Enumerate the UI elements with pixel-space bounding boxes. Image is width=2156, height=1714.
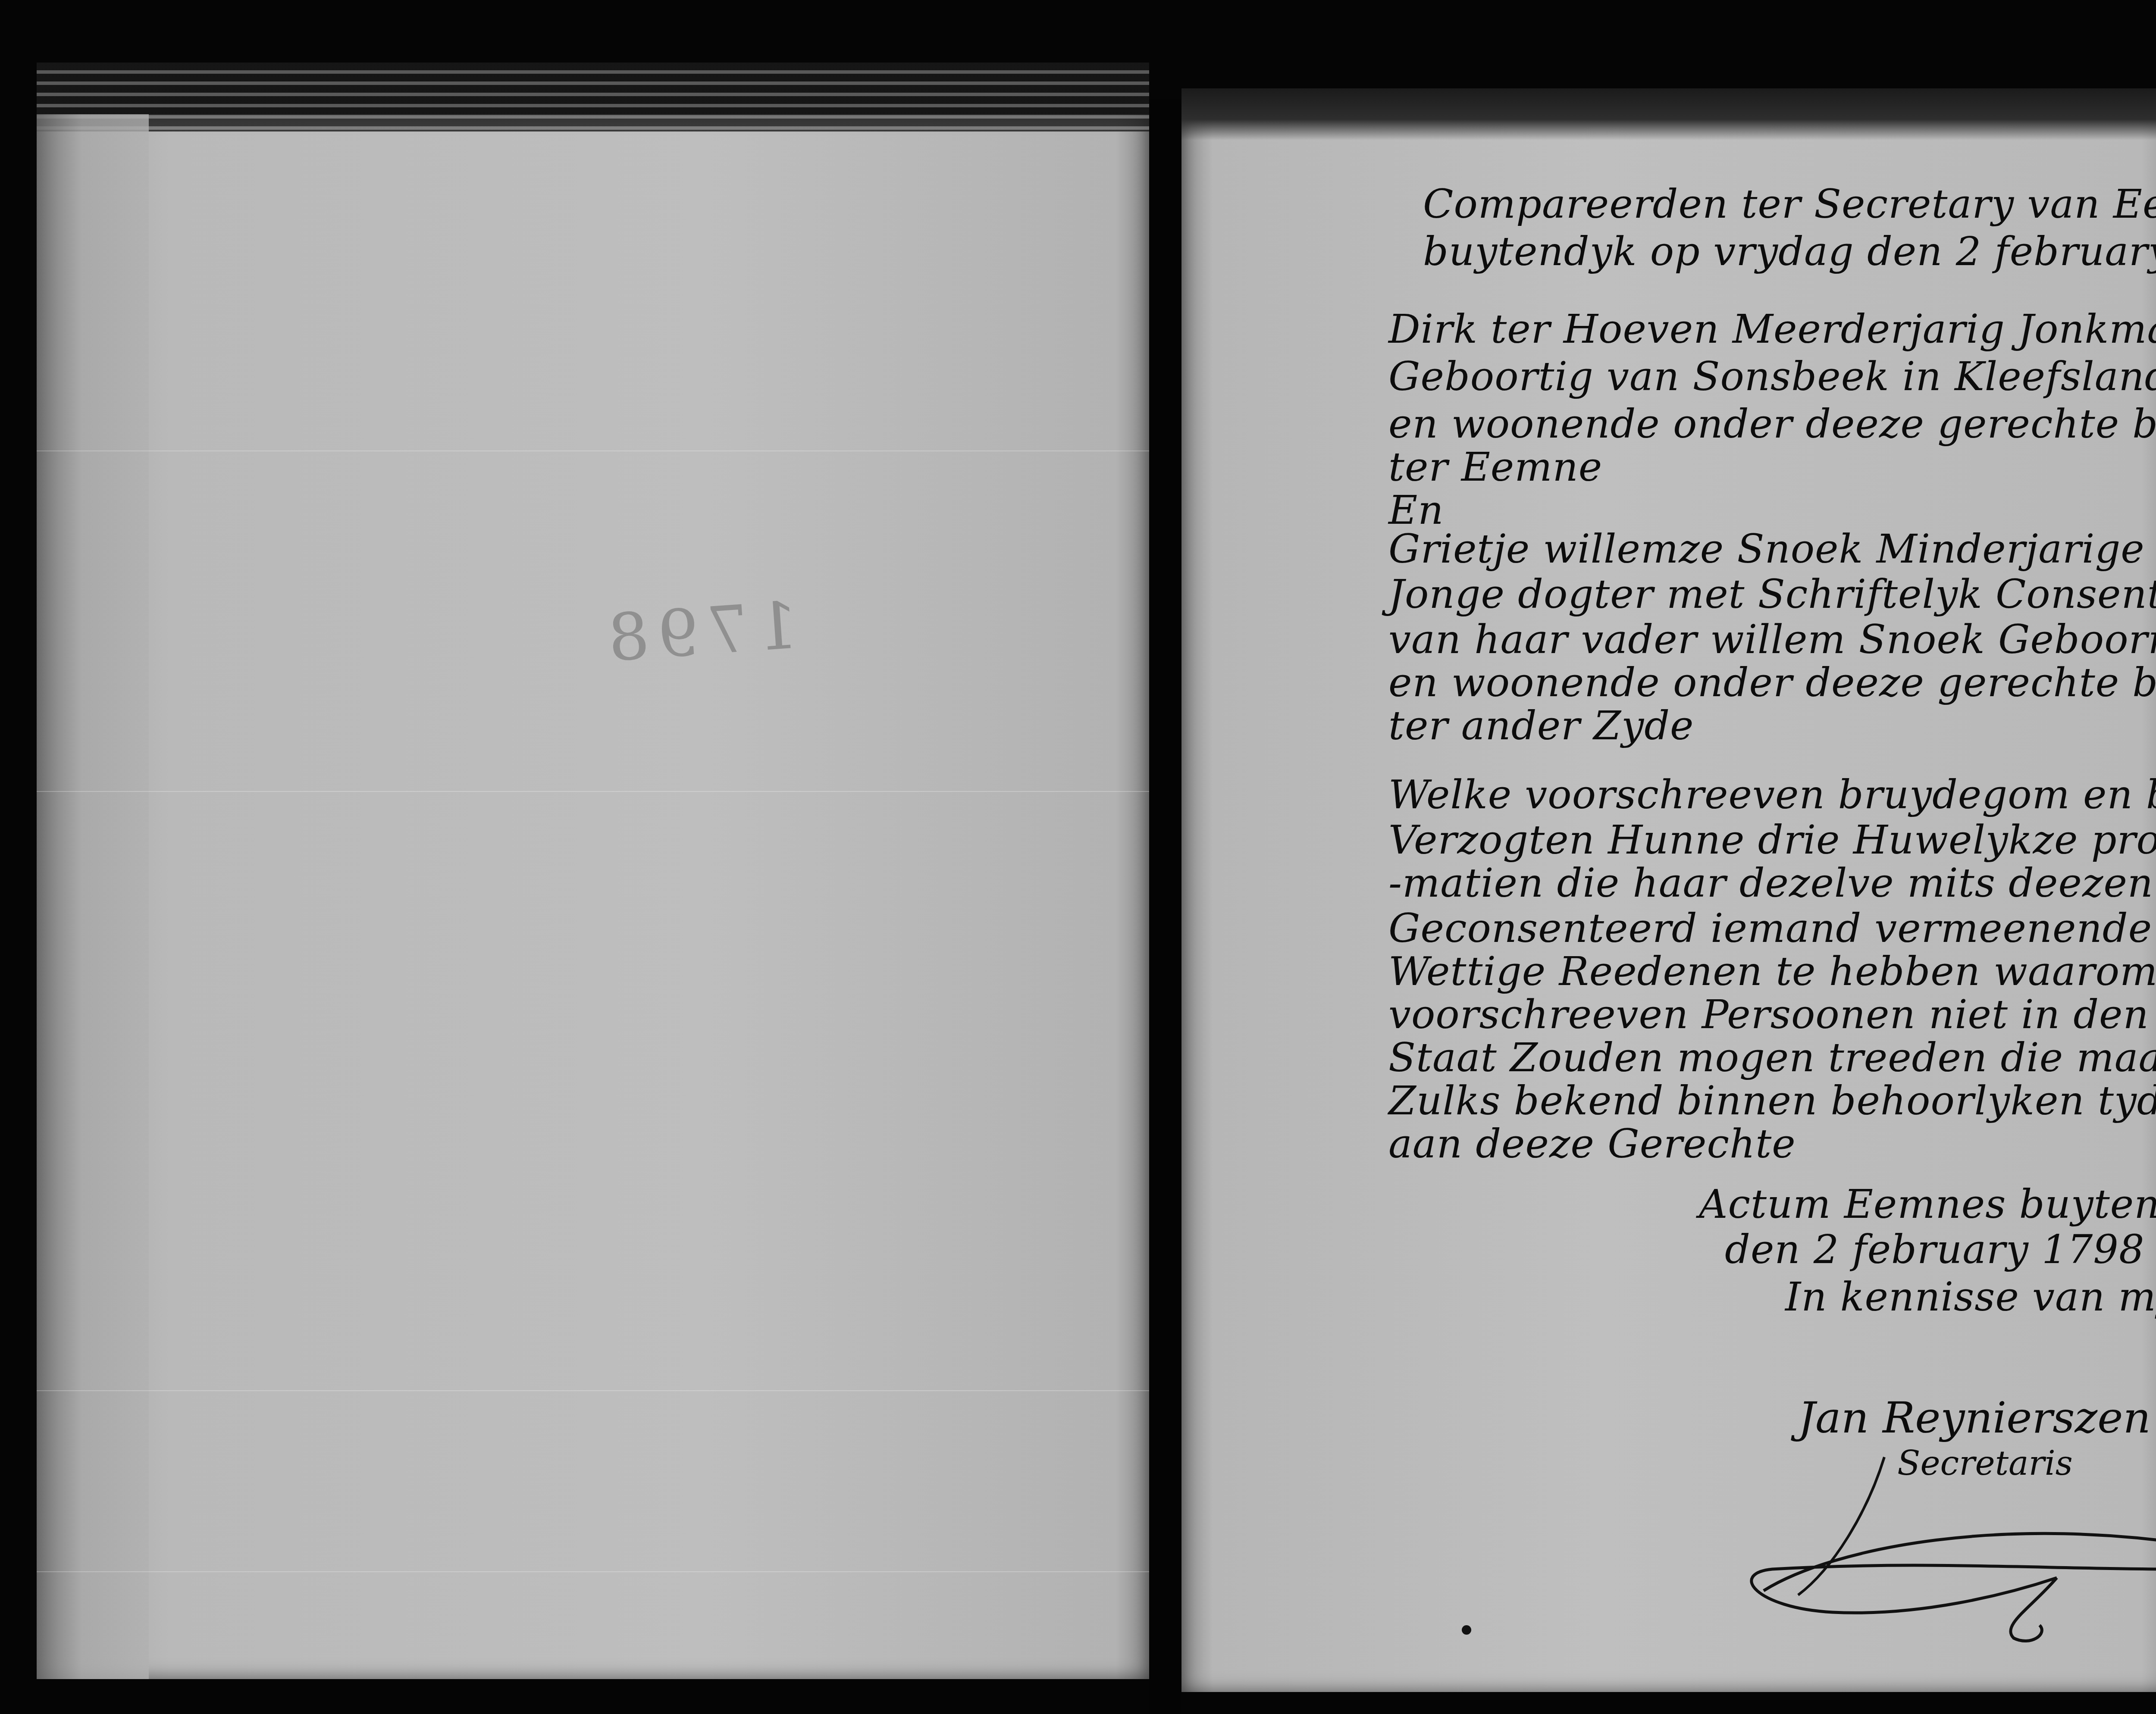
closing-line: Actum Eemnes buytendyk [1699, 1181, 2156, 1227]
bride-line: en woonende onder deeze gerechte bruyd [1388, 660, 2156, 706]
body-line: Wettige Reedenen te hebben waarom deeze [1388, 948, 2156, 995]
body-line: Verzogten Hunne drie Huwelykze procla- [1388, 817, 2156, 863]
left-page [37, 114, 1149, 1679]
heading-line: Compareerden ter Secretary van Eemnes [1423, 181, 2156, 227]
left-page-top-edge [37, 63, 1149, 131]
bride-line: Jonge dogter met Schriftelyk Consent [1388, 571, 2156, 617]
left-page-fold [37, 114, 149, 1679]
right-page-top-edge [1181, 88, 2156, 140]
bride-line: van haar vader willem Snoek Geboorren [1388, 616, 2156, 663]
body-line: -matien die haar dezelve mits deezen zyn [1388, 860, 2156, 906]
closing-line: den 2 february 1798 [1725, 1226, 2144, 1273]
groom-line: en woonende onder deeze gerechte bruydeg… [1388, 401, 2156, 447]
signature: Jan Reynierszen Secretaris [1798, 1392, 2151, 1443]
bleed-through-marks: 1798 [597, 588, 801, 677]
bride-line: ter ander Zyde [1388, 703, 1694, 749]
body-line: Geconsenteerd iemand vermeenende eenige [1388, 905, 2156, 951]
body-line: voorschreeven Persoonen niet in den Echt… [1388, 991, 2156, 1038]
body-line: Staat Zouden mogen treeden die maake [1388, 1035, 2156, 1081]
groom-line: Dirk ter Hoeven Meerderjarig Jonkman [1388, 306, 2156, 352]
book-gutter [1149, 99, 1181, 1714]
paper-ruling [37, 791, 1149, 792]
groom-line: ter Eemne [1388, 444, 1602, 490]
bride-line: Grietje willemze Snoek Minderjarige [1388, 526, 2145, 572]
body-line: aan deeze Gerechte [1388, 1121, 1796, 1167]
ink-dot [1462, 1625, 1471, 1635]
paper-ruling [37, 450, 1149, 451]
signature-name: Jan Reynierszen [1798, 1392, 2151, 1443]
signature-title: Secretaris [1897, 1444, 2073, 1483]
groom-line: Geboortig van Sonsbeek in Kleefsland [1388, 353, 2156, 400]
body-line: Zulks bekend binnen behoorlyken tyd [1388, 1078, 2156, 1124]
heading-line: buytendyk op vrydag den 2 february 1798 [1423, 228, 2156, 275]
closing-line: In kennisse van my [1785, 1274, 2156, 1320]
body-line: Welke voorschreeven bruydegom en bruyd [1388, 772, 2156, 818]
paper-ruling [37, 1390, 1149, 1391]
paper-ruling [37, 1571, 1149, 1572]
